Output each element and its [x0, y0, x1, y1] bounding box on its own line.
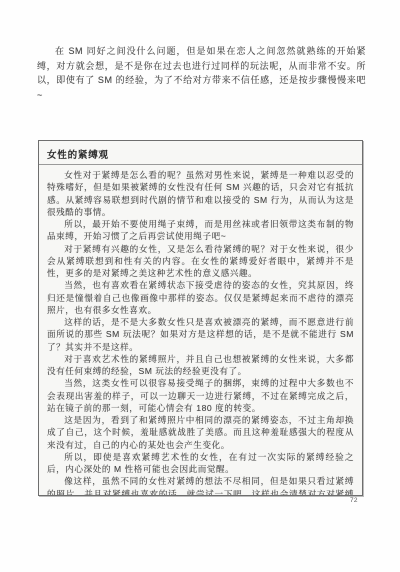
intro-paragraph: 在 SM 同好之间没什么问题，但是如果在恋人之间忽然就熟练的开始紧缚，对方就会想… [37, 44, 366, 102]
title-divider [39, 164, 362, 165]
box-paragraph: 这样的话，是不是大多数女性只是喜欢被漂亮的紧缚，而不愿意进行前面所说的那些 SM… [47, 316, 354, 353]
box-paragraph: 女性对于紧缚是怎么看的呢？虽然对男性来说，紧缚是一种难以忍受的特殊嗜好，但是如果… [47, 169, 354, 218]
info-box: 女性的紧缚观 女性对于紧缚是怎么看的呢？虽然对男性来说，紧缚是一种难以忍受的特殊… [38, 140, 363, 496]
box-paragraph: 当然，这类女性可以很容易接受绳子的捆绑，束缚的过程中大多数也不会表现出害羞的样子… [47, 377, 354, 414]
info-box-title: 女性的紧缚观 [47, 147, 354, 161]
box-paragraph: 所以，最开始不要使用绳子束缚，而是用丝袜或者旧领带这类布制的物品束缚，开始习惯了… [47, 218, 354, 243]
document-page: 在 SM 同好之间没什么问题，但是如果在恋人之间忽然就熟练的开始紧缚，对方就会想… [0, 0, 400, 572]
box-paragraph: 像这样，虽然不同的女性对紧缚的想法不尽相同，但是如果只看过紧缚的照片，并且对紧缚… [47, 475, 354, 496]
page-number: 72 [350, 497, 358, 504]
box-paragraph: 所以，即使是喜欢紧缚艺术性的女性，在有过一次实际的紧缚经验之后，内心深处的 M … [47, 451, 354, 476]
box-paragraph: 当然，也有喜欢看在紧缚状态下接受虐待的姿态的女性，究其原因，终归还是憧憬着自己也… [47, 279, 354, 316]
box-paragraph: 这是因为，看到了和紧缚照片中相同的漂亮的紧缚姿态，不过主角却换成了自己，这个时候… [47, 414, 354, 451]
box-paragraph: 对于喜欢艺术性的紧缚照片，并且自己也想被紧缚的女性来说，大多都没有任何束缚的经验… [47, 353, 354, 378]
box-paragraph: 对于紧缚有兴趣的女性，又是怎么看待紧缚的呢？对于女性来说，很少会从紧缚联想到和性… [47, 243, 354, 280]
